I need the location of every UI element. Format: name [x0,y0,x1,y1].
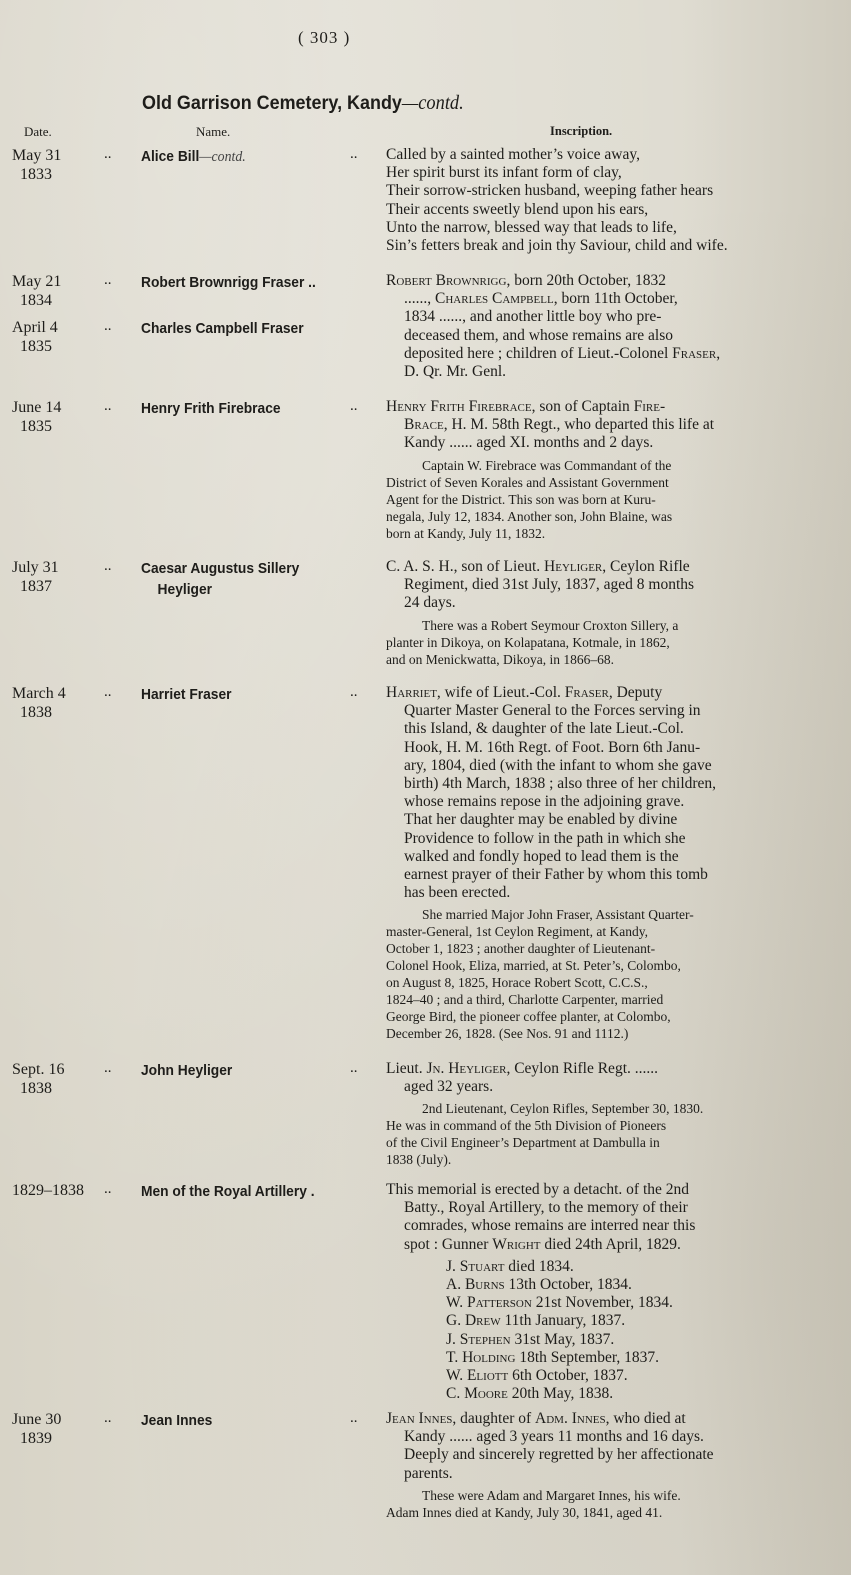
inscription-line: 1824–40 ; and a third, Charlotte Carpent… [386,991,811,1008]
inscription-line: of the Civil Engineer’s Department at Da… [386,1134,811,1151]
leader-dots: .. [104,272,112,289]
title-contd: —contd. [402,92,464,114]
date-year: 1834 [12,291,102,310]
inscription-paragraph: Robert Brownrigg, born 20th October, 183… [386,272,811,381]
leader-dots: .. [350,684,358,701]
inscription-line: planter in Dikoya, on Kolapatana, Kotmal… [386,634,811,651]
entry-name: John Heyliger [141,1060,357,1081]
inscription-line: Henry Frith Firebrace, son of Captain Fi… [386,398,811,416]
inscription-line: Batty., Royal Artillery, to the memory o… [386,1199,811,1217]
inscription-line: This memorial is erected by a detacht. o… [386,1181,811,1199]
date-day: 1829–1838 [12,1182,84,1199]
name-text: Caesar Augustus Sillery [141,560,299,577]
entry-date: March 41838 [12,684,102,722]
inscription-line: Harriet, wife of Lieut.-Col. Fraser, Dep… [386,684,811,702]
column-header-inscription: Inscription. [550,124,612,139]
name-contd: —contd. [199,149,245,165]
name-text: Jean Innes [141,1412,212,1429]
entry-name: Robert Brownrigg Fraser .. [141,272,357,293]
inscription-line: He was in command of the 5th Division of… [386,1117,811,1134]
entry-date-secondary: April 41835 [12,318,102,356]
inscription-line: G. Drew 11th January, 1837. [386,1312,811,1330]
inscription-line: Their accents sweetly blend upon his ear… [386,201,811,219]
entry-date: Sept. 161838 [12,1060,102,1098]
inscription-line: Their sorrow-stricken husband, weeping f… [386,182,811,200]
inscription-line: D. Qr. Mr. Genl. [386,363,811,381]
inscription-line: Lieut. Jn. Heyliger, Ceylon Rifle Regt. … [386,1060,811,1078]
date-day: April 4 [12,319,58,336]
inscription-line: October 1, 1823 ; another daughter of Li… [386,940,811,957]
inscription-note: She married Major John Fraser, Assistant… [386,906,811,1042]
inscription-line: deceased them, and whose remains are als… [386,327,811,345]
inscription-line: ......, Charles Campbell, born 11th Octo… [386,290,811,308]
inscription-line: 1838 (July). [386,1151,811,1168]
inscription-line: C. A. S. H., son of Lieut. Heyliger, Cey… [386,558,811,576]
entry-inscription: Lieut. Jn. Heyliger, Ceylon Rifle Regt. … [386,1060,811,1172]
inscription-line: Agent for the District. This son was bor… [386,491,811,508]
leader-dots: .. [104,1181,112,1198]
date-day: March 4 [12,685,66,702]
leader-dots: .. [104,146,112,163]
page-number: ( 303 ) [298,28,350,48]
inscription-line: has been erected. [386,884,811,902]
inscription-note: Captain W. Firebrace was Commandant of t… [386,457,811,542]
inscription-line: Robert Brownrigg, born 20th October, 183… [386,272,811,290]
entry-name: Jean Innes [141,1410,357,1431]
entry-name: Harriet Fraser [141,684,357,705]
inscription-line: ary, 1804, died (with the infant to whom… [386,757,811,775]
leader-dots: .. [104,684,112,701]
date-day: Sept. 16 [12,1061,64,1078]
name-text: Men of the Royal Artillery . [141,1183,315,1200]
inscription-line: Providence to follow in the path in whic… [386,830,811,848]
entry-date: 1829–1838 [12,1181,102,1200]
leader-dots: .. [350,146,358,163]
date-day: May 31 [12,147,61,164]
inscription-line: and on Menickwatta, Dikoya, in 1866–68. [386,651,811,668]
inscription-paragraph: Lieut. Jn. Heyliger, Ceylon Rifle Regt. … [386,1060,811,1096]
date-year: 1837 [12,577,102,596]
inscription-line: Captain W. Firebrace was Commandant of t… [386,457,811,474]
inscription-line: J. Stephen 31st May, 1837. [386,1331,811,1349]
inscription-line: C. Moore 20th May, 1838. [386,1385,811,1403]
inscription-line: spot : Gunner Wright died 24th April, 18… [386,1236,811,1254]
leader-dots: .. [350,1060,358,1077]
inscription-line: George Bird, the pioneer coffee planter,… [386,1008,811,1025]
entry-inscription: Jean Innes, daughter of Adm. Innes, who … [386,1410,811,1525]
inscription-paragraph: Called by a sainted mother’s voice away,… [386,146,811,255]
inscription-note: 2nd Lieutenant, Ceylon Rifles, September… [386,1100,811,1168]
date-year: 1833 [12,165,102,184]
inscription-line: master-General, 1st Ceylon Regiment, at … [386,923,811,940]
inscription-line: 1834 ......, and another little boy who … [386,308,811,326]
inscription-line: That her daughter may be enabled by divi… [386,811,811,829]
name-text: John Heyliger [141,1062,232,1079]
name-text: Robert Brownrigg Fraser .. [141,274,316,291]
date-year: 1839 [12,1429,102,1448]
entry-inscription: Henry Frith Firebrace, son of Captain Fi… [386,398,811,546]
inscription-line: comrades, whose remains are interred nea… [386,1217,811,1235]
entry-date: June 301839 [12,1410,102,1448]
inscription-line: Colonel Hook, Eliza, married, at St. Pet… [386,957,811,974]
entry-name: Caesar Augustus SilleryHeyliger [141,558,357,600]
inscription-line: Unto the narrow, blessed way that leads … [386,219,811,237]
name-continued: Heyliger [141,579,357,600]
inscription-line: W. Patterson 21st November, 1834. [386,1294,811,1312]
date-year: 1838 [12,703,102,722]
inscription-line: Her spirit burst its infant form of clay… [386,164,811,182]
leader-dots: .. [104,558,112,575]
inscription-line: J. Stuart died 1834. [386,1258,811,1276]
inscription-line: Hook, H. M. 16th Regt. of Foot. Born 6th… [386,739,811,757]
inscription-line: negala, July 12, 1834. Another son, John… [386,508,811,525]
date-day: June 30 [12,1411,61,1428]
entry-inscription: Robert Brownrigg, born 20th October, 183… [386,272,811,385]
inscription-line: birth) 4th March, 1838 ; also three of h… [386,775,811,793]
entry-inscription: C. A. S. H., son of Lieut. Heyliger, Cey… [386,558,811,672]
leader-dots: .. [104,318,112,335]
inscription-line: District of Seven Korales and Assistant … [386,474,811,491]
inscription-line: 2nd Lieutenant, Ceylon Rifles, September… [386,1100,811,1117]
inscription-line: walked and fondly hoped to lead them is … [386,848,811,866]
name-text: Henry Frith Firebrace [141,400,281,417]
leader-dots: .. [350,398,358,415]
date-year: 1838 [12,1079,102,1098]
inscription-line: Kandy ...... aged 3 years 11 months and … [386,1428,811,1446]
inscription-line: Brace, H. M. 58th Regt., who departed th… [386,416,811,434]
date-year: 1835 [12,337,102,356]
entry-inscription: Called by a sainted mother’s voice away,… [386,146,811,259]
name-text: Harriet Fraser [141,686,232,703]
inscription-line: whose remains repose in the adjoining gr… [386,793,811,811]
inscription-list: J. Stuart died 1834.A. Burns 13th Octobe… [386,1258,811,1404]
inscription-line: Kandy ...... aged XI. months and 2 days. [386,434,811,452]
inscription-line: December 26, 1828. (See Nos. 91 and 1112… [386,1025,811,1042]
date-day: May 21 [12,273,61,290]
entry-name: Henry Frith Firebrace [141,398,357,419]
entry-name-secondary: Charles Campbell Fraser [141,318,357,339]
entry-name: Men of the Royal Artillery . [141,1181,357,1202]
inscription-paragraph: Jean Innes, daughter of Adm. Innes, who … [386,1410,811,1483]
inscription-line: A. Burns 13th October, 1834. [386,1276,811,1294]
entry-date: July 311837 [12,558,102,596]
inscription-line: There was a Robert Seymour Croxton Sille… [386,617,811,634]
inscription-paragraph: This memorial is erected by a detacht. o… [386,1181,811,1254]
inscription-line: born at Kandy, July 11, 1832. [386,525,811,542]
inscription-line: earnest prayer of their Father by whom t… [386,866,811,884]
inscription-line: deposited here ; children of Lieut.-Colo… [386,345,811,363]
inscription-line: Jean Innes, daughter of Adm. Innes, who … [386,1410,811,1428]
inscription-line: 24 days. [386,594,811,612]
date-year: 1835 [12,417,102,436]
date-day: July 31 [12,559,59,576]
inscription-line: T. Holding 18th September, 1837. [386,1349,811,1367]
page-title: Old Garrison Cemetery, Kandy—contd. [142,92,464,115]
inscription-note: These were Adam and Margaret Innes, his … [386,1487,811,1521]
entry-date: May 311833 [12,146,102,184]
inscription-line: aged 32 years. [386,1078,811,1096]
inscription-line: parents. [386,1465,811,1483]
inscription-line: Sin’s fetters break and join thy Saviour… [386,237,811,255]
column-header-date: Date. [24,124,52,140]
inscription-line: this Island, & daughter of the late Lieu… [386,720,811,738]
entry-date: June 141835 [12,398,102,436]
date-day: June 14 [12,399,61,416]
inscription-line: Deeply and sincerely regretted by her af… [386,1446,811,1464]
leader-dots: .. [350,1410,358,1427]
inscription-line: W. Eliott 6th October, 1837. [386,1367,811,1385]
inscription-line: She married Major John Fraser, Assistant… [386,906,811,923]
inscription-paragraph: Harriet, wife of Lieut.-Col. Fraser, Dep… [386,684,811,902]
entry-inscription: Harriet, wife of Lieut.-Col. Fraser, Dep… [386,684,811,1046]
inscription-paragraph: Henry Frith Firebrace, son of Captain Fi… [386,398,811,453]
name-text: Alice Bill [141,148,199,165]
inscription-line: These were Adam and Margaret Innes, his … [386,1487,811,1504]
inscription-line: Adam Innes died at Kandy, July 30, 1841,… [386,1504,811,1521]
inscription-line: Quarter Master General to the Forces ser… [386,702,811,720]
inscription-line: Regiment, died 31st July, 1837, aged 8 m… [386,576,811,594]
leader-dots: .. [104,1410,112,1427]
inscription-line: on August 8, 1825, Horace Robert Scott, … [386,974,811,991]
entry-date: May 211834 [12,272,102,310]
leader-dots: .. [104,1060,112,1077]
inscription-paragraph: C. A. S. H., son of Lieut. Heyliger, Cey… [386,558,811,613]
entry-inscription: This memorial is erected by a detacht. o… [386,1181,811,1407]
leader-dots: .. [104,398,112,415]
inscription-note: There was a Robert Seymour Croxton Sille… [386,617,811,668]
column-header-name: Name. [196,124,230,140]
entry-name: Alice Bill—contd. [141,146,357,168]
inscription-line: Called by a sainted mother’s voice away, [386,146,811,164]
title-text: Old Garrison Cemetery, Kandy [142,92,402,114]
scanned-page: ( 303 ) Old Garrison Cemetery, Kandy—con… [0,0,851,1575]
